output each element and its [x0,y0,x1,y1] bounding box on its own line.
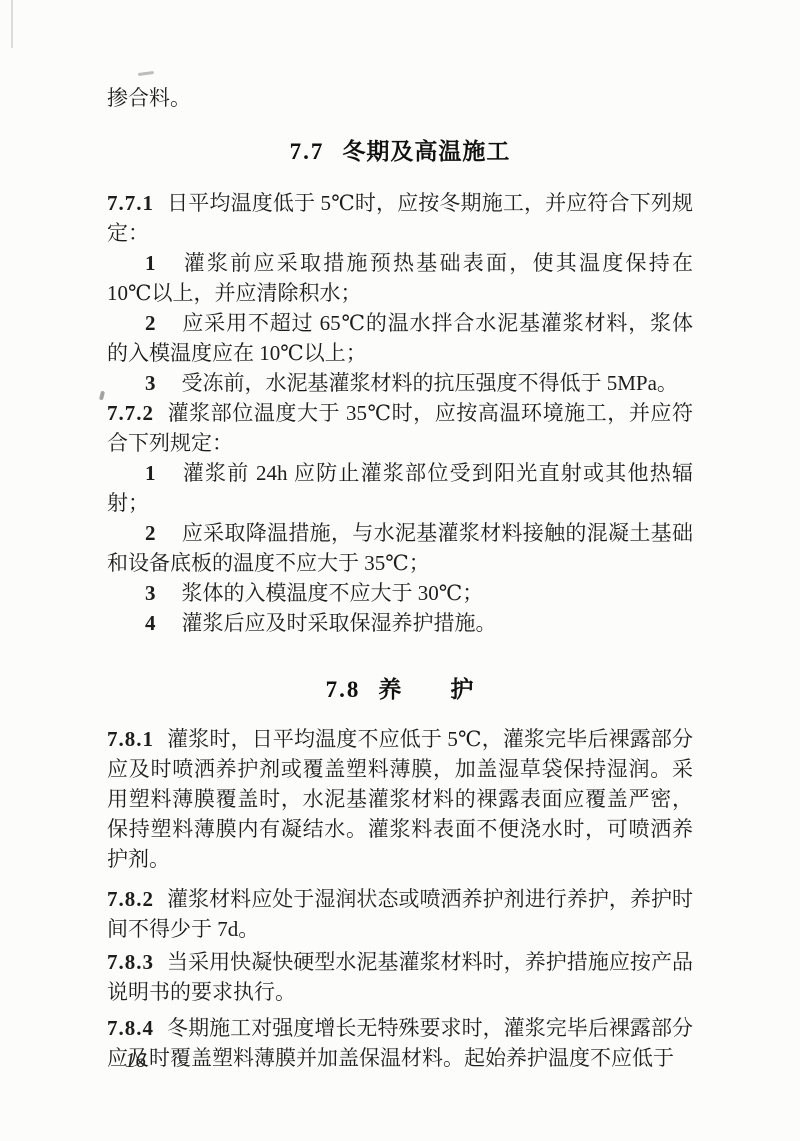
section-number: 7.8 [326,677,361,702]
clause-7-8-4: 7.8.4冬期施工对强度增长无特殊要求时，灌浆完毕后裸露部分应及时覆盖塑料薄膜并… [107,1013,693,1073]
item-text: 灌浆后应及时采取保湿养护措施。 [182,611,497,635]
clause-text: 灌浆时，日平均温度不应低于 5℃，灌浆完毕后裸露部分应及时喷洒养护剂或覆盖塑料薄… [107,727,693,871]
item-number: 3 [145,581,156,605]
item-text: 应采取降温措施，与水泥基灌浆材料接触的混凝土基础和设备底板的温度不应大于 35℃… [107,521,693,575]
item-number: 1 [145,251,156,275]
clause-7-8-1: 7.8.1灌浆时，日平均温度不应低于 5℃，灌浆完毕后裸露部分应及时喷洒养护剂或… [107,724,693,874]
list-item-2: 2应采用不超过 65℃的温水拌合水泥基灌浆材料，浆体的入模温度应在 10℃以上； [107,308,693,368]
clause-number: 7.8.2 [107,887,154,911]
list-item-4: 4灌浆后应及时采取保湿养护措施。 [107,608,693,638]
clause-7-8-3: 7.8.3当采用快凝快硬型水泥基灌浆材料时，养护措施应按产品说明书的要求执行。 [107,947,693,1007]
paragraph-text: 掺合料。 [107,86,191,110]
document-body: 掺合料。 7.7冬期及高温施工 7.7.1日平均温度低于 5℃时，应按冬期施工，… [107,83,693,1073]
section-number: 7.7 [290,139,325,164]
clause-number: 7.8.3 [107,950,154,974]
list-item-1: 1灌浆前应采取措施预热基础表面，使其温度保持在 10℃以上，并应清除积水； [107,248,693,308]
item-number: 1 [145,461,156,485]
item-number: 3 [145,371,156,395]
section-title: 冬期及高温施工 [342,138,510,164]
clause-number: 7.7.2 [107,401,154,425]
page-number: 16 [125,1045,146,1075]
clause-7-7-2: 7.7.2灌浆部位温度大于 35℃时，应按高温环境施工，并应符合下列规定： [107,398,693,458]
section-title: 养 护 [378,676,474,702]
item-text: 应采用不超过 65℃的温水拌合水泥基灌浆材料，浆体的入模温度应在 10℃以上； [107,311,693,365]
clause-number: 7.7.1 [107,191,154,215]
section-heading-7-8: 7.8养 护 [107,674,693,705]
list-item-1: 1灌浆前 24h 应防止灌浆部位受到阳光直射或其他热辐射； [107,458,693,518]
paragraph-continuation: 掺合料。 [107,83,693,113]
clause-number: 7.8.4 [107,1016,154,1040]
list-item-3: 3受冻前，水泥基灌浆材料的抗压强度不得低于 5MPa。 [107,368,693,398]
item-number: 2 [145,521,156,545]
section-heading-7-7: 7.7冬期及高温施工 [107,136,693,167]
clause-text: 灌浆部位温度大于 35℃时，应按高温环境施工，并应符合下列规定： [107,401,693,455]
clause-text: 灌浆材料应处于湿润状态或喷洒养护剂进行养护，养护时间不得少于 7d。 [107,887,693,941]
item-text: 受冻前，水泥基灌浆材料的抗压强度不得低于 5MPa。 [182,371,678,395]
clause-7-8-2: 7.8.2灌浆材料应处于湿润状态或喷洒养护剂进行养护，养护时间不得少于 7d。 [107,884,693,944]
clause-text: 日平均温度低于 5℃时，应按冬期施工，并应符合下列规定： [107,191,693,245]
list-item-3: 3浆体的入模温度不应大于 30℃； [107,578,693,608]
scan-edge-artifact [11,0,13,48]
scanned-document-page: 掺合料。 7.7冬期及高温施工 7.7.1日平均温度低于 5℃时，应按冬期施工，… [0,0,800,1141]
scan-dash-artifact [138,71,154,76]
list-item-2: 2应采取降温措施，与水泥基灌浆材料接触的混凝土基础和设备底板的温度不应大于 35… [107,518,693,578]
clause-text: 当采用快凝快硬型水泥基灌浆材料时，养护措施应按产品说明书的要求执行。 [107,950,693,1004]
item-text: 浆体的入模温度不应大于 30℃； [182,581,484,605]
item-text: 灌浆前应采取措施预热基础表面，使其温度保持在 10℃以上，并应清除积水； [107,251,693,305]
item-number: 2 [145,311,156,335]
item-text: 灌浆前 24h 应防止灌浆部位受到阳光直射或其他热辐射； [107,461,693,515]
clause-number: 7.8.1 [107,727,154,751]
clause-text: 冬期施工对强度增长无特殊要求时，灌浆完毕后裸露部分应及时覆盖塑料薄膜并加盖保温材… [107,1016,693,1070]
item-number: 4 [145,611,156,635]
clause-7-7-1: 7.7.1日平均温度低于 5℃时，应按冬期施工，并应符合下列规定： [107,188,693,248]
scan-tick-artifact [99,391,105,401]
